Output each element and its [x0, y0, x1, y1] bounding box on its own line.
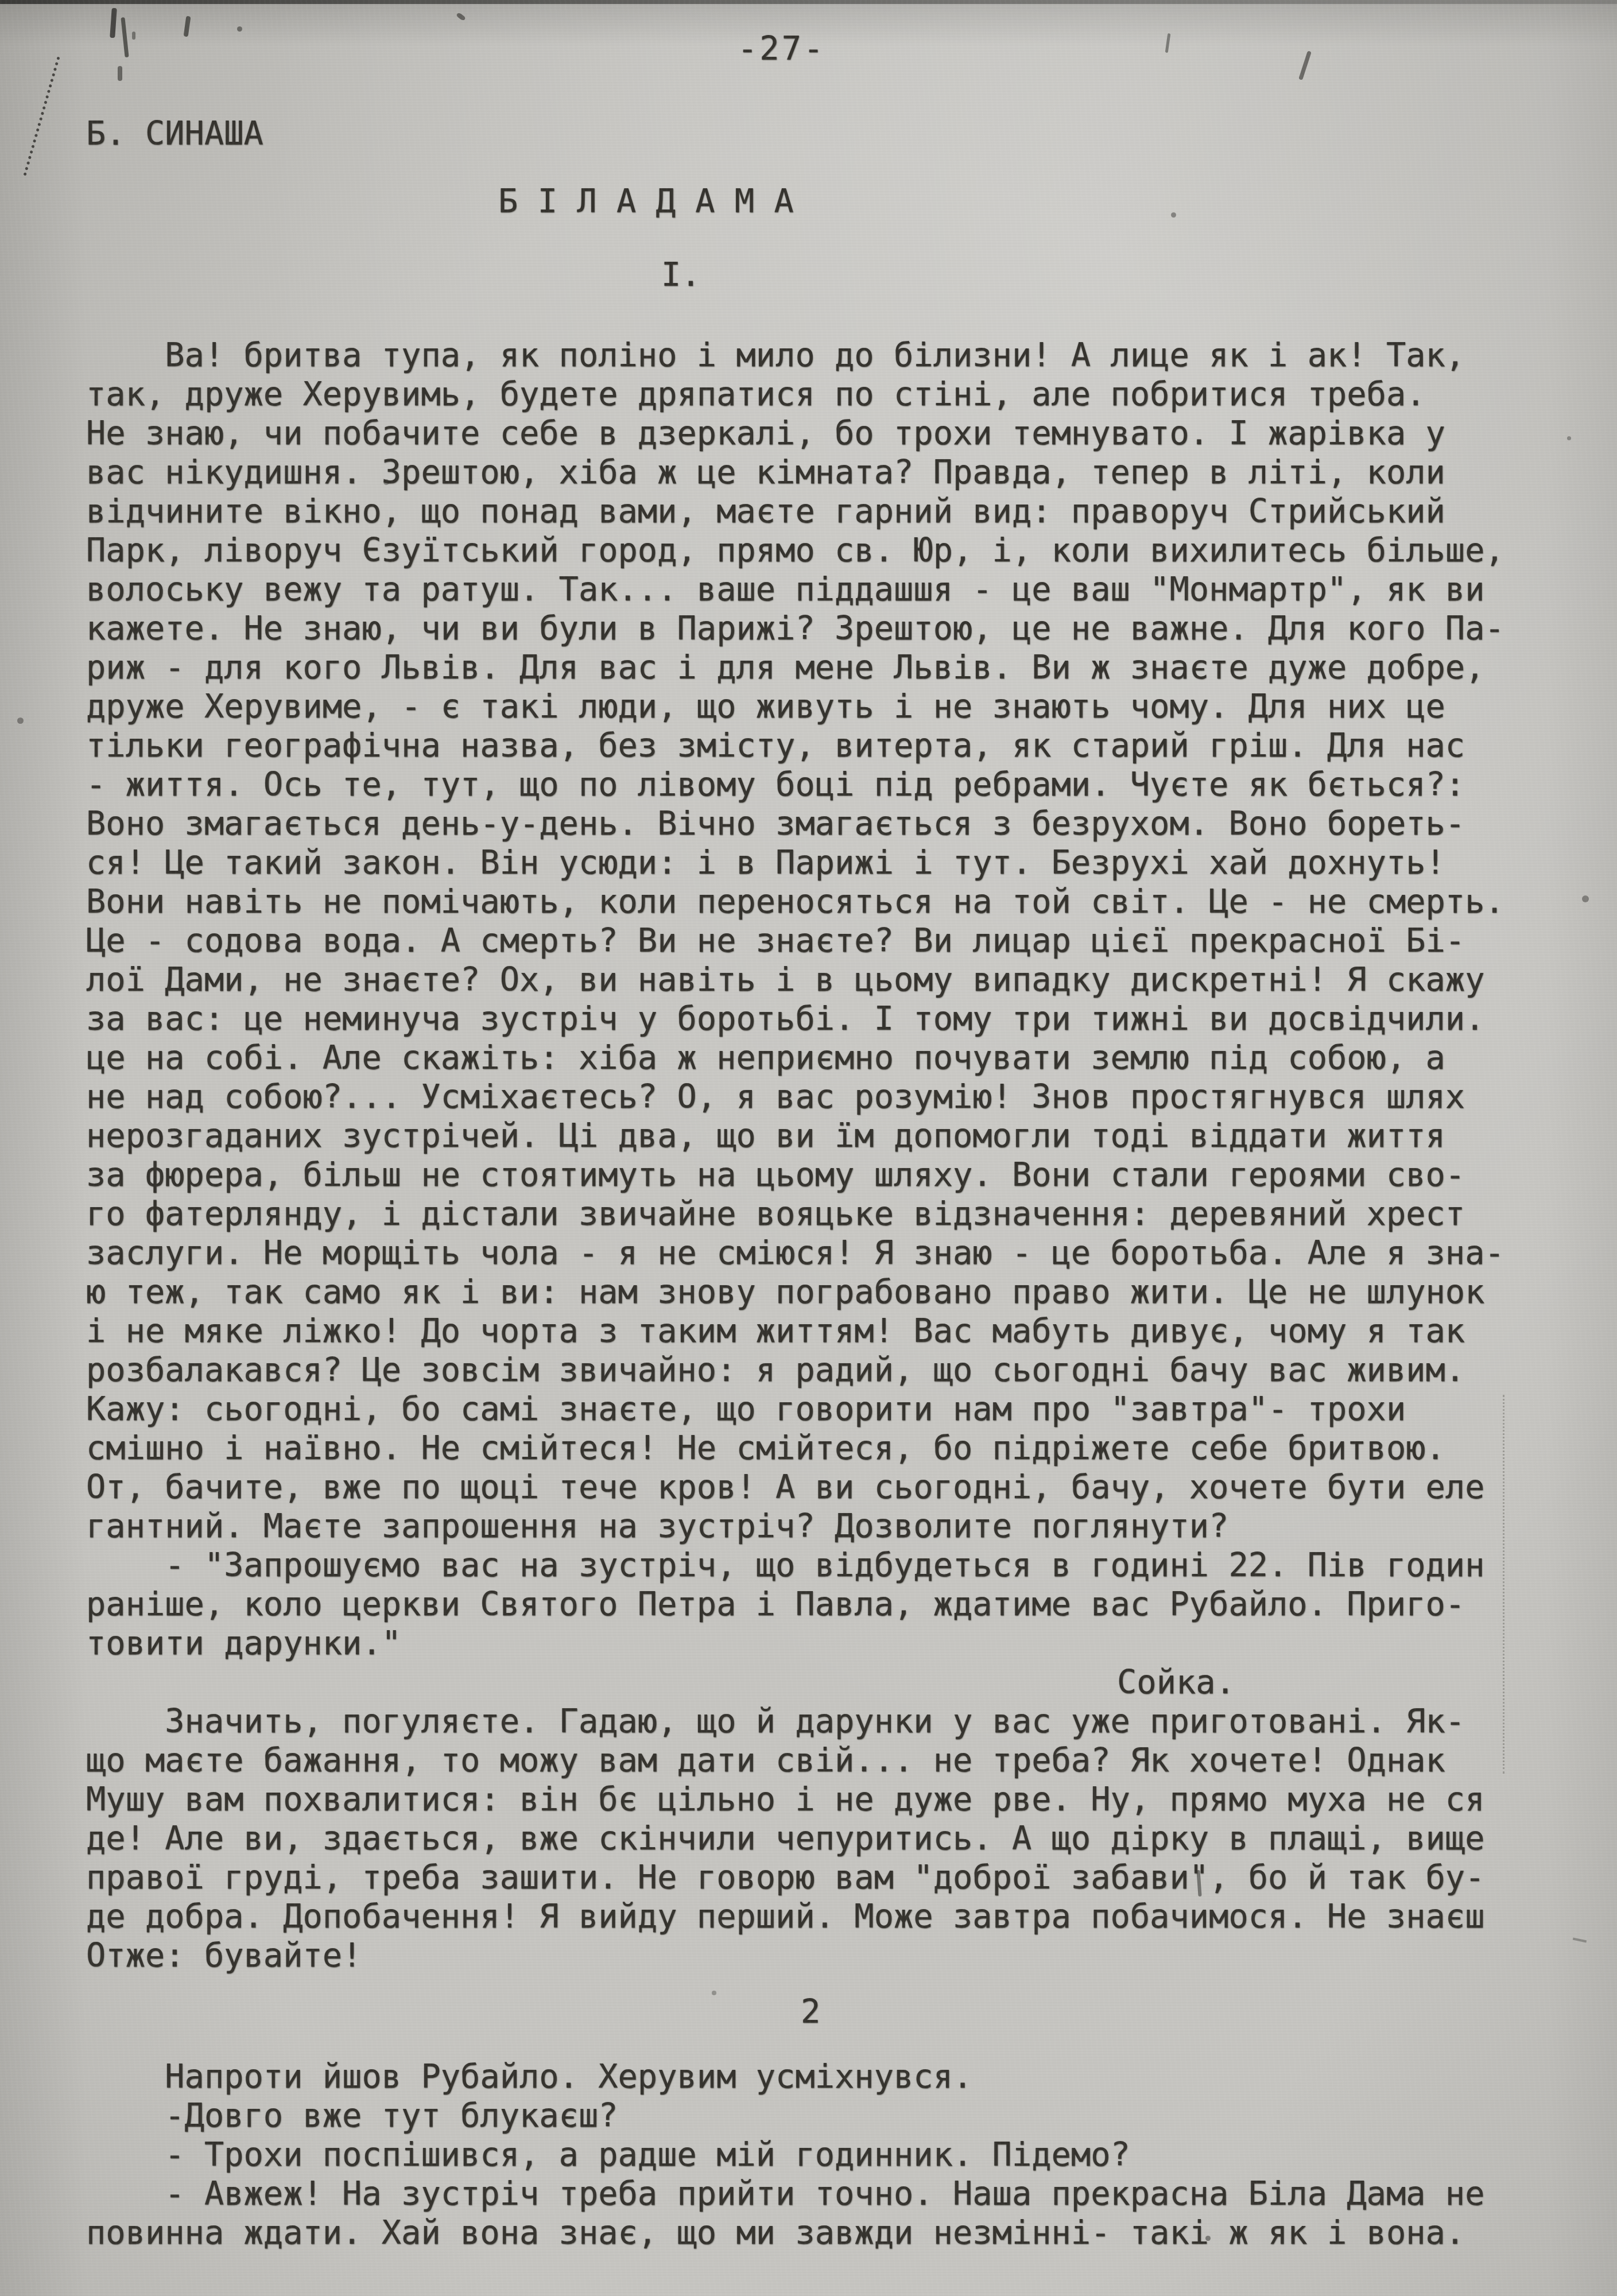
text-line: тільки географічна назва, без змісту, ви… [86, 726, 1583, 765]
text-line: гантний. Маєте запрошення на зустріч? До… [86, 1507, 1583, 1546]
text-line: за вас: це неминуча зустріч у боротьбі. … [86, 999, 1583, 1038]
text-line: так, друже Херувимь, будете дряпатися по… [86, 375, 1583, 414]
story-title: Б І Л А Д А М А [498, 183, 794, 220]
text-line: Значить, погуляєте. Гадаю, що й дарунки … [86, 1702, 1583, 1741]
text-line: Напроти йшов Рубайло. Херувим усміхнувся… [86, 2057, 1583, 2096]
ink-speck [132, 32, 135, 40]
ink-speck [121, 17, 129, 57]
text-line: смішно і наївно. Не смійтеся! Не смійтес… [86, 1429, 1583, 1468]
ink-speck [456, 12, 466, 21]
pencil-stroke [23, 56, 60, 176]
text-line: Вони навіть не помічають, коли переносят… [86, 882, 1583, 921]
text-line: волоську вежу та ратуш. Так... ваше підд… [86, 570, 1583, 609]
text-line: і не мяке ліжко! До чорта з таким життям… [86, 1312, 1583, 1351]
text-line: де добра. Допобачення! Я вийду перший. М… [86, 1897, 1583, 1936]
scanned-typewritten-page: -27- Б. СИНАША Б І Л А Д А М А І. Ва! бр… [0, 0, 1617, 2296]
section-label: 2 [801, 1993, 820, 2031]
text-line: Парк, ліворуч Єзуїтський город, прямо св… [86, 531, 1583, 570]
text-line: Отже: бувайте! [86, 1936, 1583, 1975]
page-number: -27- [738, 30, 825, 68]
text-line: ю теж, так само як і ви: нам знову погра… [86, 1273, 1583, 1312]
typewritten-body: Ва! бритва тупа, як поліно і мило до біл… [86, 336, 1583, 2252]
text-line: лої Дами, не знаєте? Ох, ви навіть і в ц… [86, 960, 1583, 999]
text-line: правої груді, треба зашити. Не говорю ва… [86, 1858, 1583, 1897]
text-line: - Трохи поспішився, а радше мій годинник… [86, 2135, 1583, 2174]
text-line: кажете. Не знаю, чи ви були в Парижі? Зр… [86, 609, 1583, 648]
text-line: вас нікудишня. Зрештою, хіба ж це кімнат… [86, 453, 1583, 492]
paragraph-block-part1-continued: Значить, погуляєте. Гадаю, що й дарунки … [86, 1702, 1583, 1975]
ink-speck [1582, 895, 1589, 902]
part-label: І. [661, 256, 701, 294]
text-line: що маєте бажання, то можу вам дати свій.… [86, 1741, 1583, 1780]
ink-speck [110, 8, 117, 38]
section-number-line: 2 [86, 1992, 1583, 2031]
text-line: заслуги. Не морщіть чола - я не сміюся! … [86, 1234, 1583, 1273]
text-line: Мушу вам похвалитися: він бє цільно і не… [86, 1780, 1583, 1819]
text-line: це на собі. Але скажіть: хіба ж неприємн… [86, 1038, 1583, 1077]
ink-speck [118, 66, 122, 81]
text-line: не над собою?... Усміхаєтесь? О, я вас р… [86, 1077, 1583, 1116]
text-line: повинна ждати. Хай вона знає, що ми завж… [86, 2213, 1583, 2252]
text-line: нерозгаданих зустрічей. Ці два, що ви їм… [86, 1116, 1583, 1155]
paragraph-block-part1: Ва! бритва тупа, як поліно і мило до біл… [86, 336, 1583, 1663]
scan-top-edge-shadow [0, 0, 1617, 4]
text-line: раніше, коло церкви Святого Петра і Павл… [86, 1585, 1583, 1624]
text-line: Ва! бритва тупа, як поліно і мило до біл… [86, 336, 1583, 375]
text-line: Воно змагається день-у-день. Вічно змага… [86, 804, 1583, 843]
text-line: - "Запрошуємо вас на зустріч, що відбуде… [86, 1546, 1583, 1585]
text-line: за фюрера, більш не стоятимуть на цьому … [86, 1155, 1583, 1194]
text-line: риж - для кого Львів. Для вас і для мене… [86, 648, 1583, 687]
text-line: Це - содова вода. А смерть? Ви не знаєте… [86, 921, 1583, 960]
text-line: - Авжеж! На зустріч треба прийти точно. … [86, 2174, 1583, 2213]
text-line: друже Херувиме, - є такі люди, що живуть… [86, 687, 1583, 726]
ink-speck [17, 717, 24, 724]
ink-speck [1171, 212, 1176, 218]
ink-speck [1165, 33, 1171, 53]
text-line: розбалакався? Це зовсім звичайно: я ради… [86, 1351, 1583, 1390]
ink-speck [1298, 51, 1312, 80]
ink-speck [184, 16, 191, 37]
author-name: Б. СИНАША [86, 115, 263, 153]
text-line: Не знаю, чи побачите себе в дзеркалі, бо… [86, 414, 1583, 453]
text-line: Кажу: сьогодні, бо самі знаєте, що говор… [86, 1390, 1583, 1429]
text-line: ся! Це такий закон. Він усюди: і в Париж… [86, 843, 1583, 882]
ink-speck [237, 26, 242, 32]
text-line: го фатерлянду, і дістали звичайне вояцьк… [86, 1194, 1583, 1234]
signature-line: Сойка. [86, 1663, 1583, 1702]
signature-name: Сойка. [1117, 1663, 1235, 1701]
text-line: -Довго вже тут блукаєш? [86, 2096, 1583, 2135]
text-line: От, бачите, вже по щоці тече кров! А ви … [86, 1468, 1583, 1507]
paragraph-block-part2: Напроти йшов Рубайло. Херувим усміхнувся… [86, 2057, 1583, 2252]
text-line: відчините вікно, що понад вами, маєте га… [86, 492, 1583, 531]
text-line: де! Але ви, здається, вже скінчили чепур… [86, 1819, 1583, 1858]
text-line: товити дарунки." [86, 1624, 1583, 1663]
text-line: - життя. Ось те, тут, що по лівому боці … [86, 765, 1583, 804]
